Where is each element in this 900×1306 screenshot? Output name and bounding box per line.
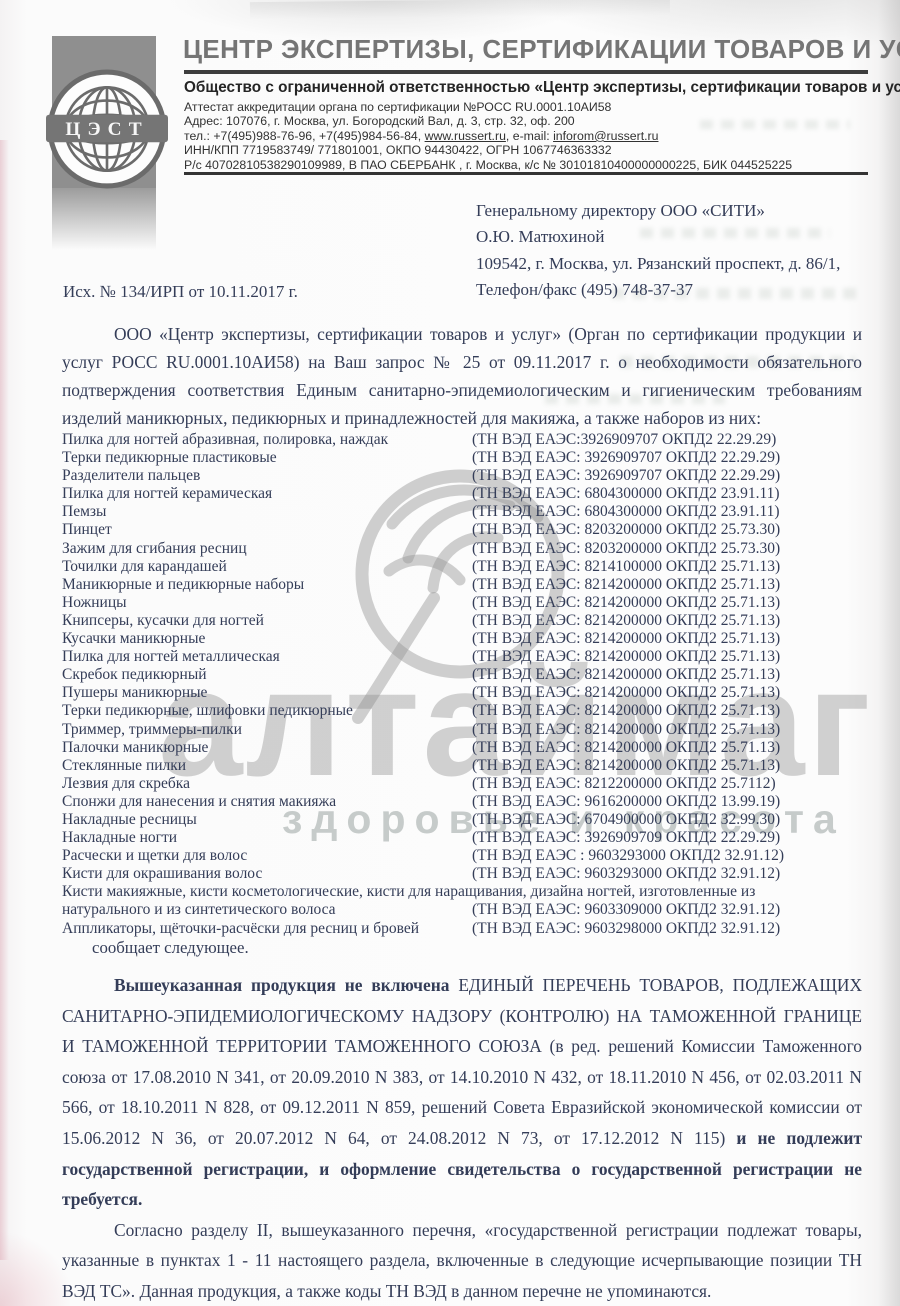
company-details: Аттестат аккредитации органа по сертифик… [184, 100, 884, 172]
product-tnved-code: (ТН ВЭД ЕАЭС:3926909707 ОКПД2 22.29.29) [472, 431, 868, 449]
product-tnved-code: (ТН ВЭД ЕАЭС: 9616200000 ОКПД2 13.99.19) [472, 793, 868, 811]
product-tnved-code: (ТН ВЭД ЕАЭС : 9603293000 ОКПД2 32.91.12… [472, 847, 868, 865]
bank-account-line: Р/с 40702810538290109989, В ПАО СБЕРБАНК… [184, 158, 884, 172]
product-row: Пилка для ногтей металлическая(ТН ВЭД ЕА… [62, 648, 868, 666]
product-row: натурального и из синтетического волоса(… [62, 901, 868, 919]
product-name: Аппликаторы, щёточки-расчёски для ресниц… [62, 920, 472, 938]
product-name: Зажим для сгибания ресниц [62, 540, 472, 558]
recipient-phone: Телефон/факс (495) 748-37-37 [476, 277, 840, 303]
product-name: Пинцет [62, 521, 472, 539]
product-tnved-code: (ТН ВЭД ЕАЭС: 8212200000 ОКПД2 25.7112) [472, 775, 868, 793]
product-row: Терки педикюрные пластиковые(ТН ВЭД ЕАЭС… [62, 449, 868, 467]
product-name: Ножницы [62, 594, 472, 612]
website-link: www.russert.ru [425, 129, 506, 143]
bold-text-segment: Вышеуказанная продукция не включена [114, 975, 458, 995]
product-tnved-code: (ТН ВЭД ЕАЭС: 8214200000 ОКПД2 25.71.13) [472, 576, 868, 594]
body-paragraphs: Вышеуказанная продукция не включена ЕДИН… [62, 970, 862, 1306]
product-row: Кисти для окрашивания волос(ТН ВЭД ЕАЭС:… [62, 865, 868, 883]
product-row: Лезвия для скребка(ТН ВЭД ЕАЭС: 82122000… [62, 775, 868, 793]
email-link: inforom@russert.ru [553, 129, 658, 143]
product-name: Маникюрные и педикюрные наборы [62, 576, 472, 594]
phone-numbers: тел.: +7(495)988-76-96, +7(495)984-56-84… [184, 129, 425, 143]
product-name: Кусачки маникюрные [62, 630, 472, 648]
product-row: Кусачки маникюрные(ТН ВЭД ЕАЭС: 82142000… [62, 630, 868, 648]
product-list: Пилка для ногтей абразивная, полировка, … [62, 431, 868, 938]
product-name: Книпсеры, кусачки для ногтей [62, 612, 472, 630]
product-row: Пушеры маникюрные(ТН ВЭД ЕАЭС: 821420000… [62, 684, 868, 702]
product-row: Терки педикюрные, шлифовки педикюрные(ТН… [62, 702, 868, 720]
recipient-block: Генеральному директору ООО «СИТИ» О.Ю. М… [476, 198, 840, 303]
product-row: Ножницы(ТН ВЭД ЕАЭС: 8214200000 ОКПД2 25… [62, 594, 868, 612]
product-name: Триммер, триммеры-пилки [62, 721, 472, 739]
product-name: Пилка для ногтей металлическая [62, 648, 472, 666]
product-tnved-code: (ТН ВЭД ЕАЭС: 3926909707 ОКПД2 22.29.29) [472, 449, 868, 467]
company-globe-logo: ЦЭСТ [46, 68, 168, 190]
address-line: Адрес: 107076, г. Москва, ул. Богородски… [184, 114, 884, 128]
company-full-name: Общество с ограниченной ответственностью… [184, 79, 884, 97]
accreditation-line: Аттестат аккредитации органа по сертифик… [184, 100, 884, 114]
product-name: Скребок педикюрный [62, 666, 472, 684]
recipient-position: Генеральному директору ООО «СИТИ» [476, 198, 840, 224]
product-name: натурального и из синтетического волоса [62, 901, 472, 919]
product-tnved-code: (ТН ВЭД ЕАЭС: 9603293000 ОКПД2 32.91.12) [472, 865, 868, 883]
product-row: Палочки маникюрные(ТН ВЭД ЕАЭС: 82142000… [62, 739, 868, 757]
body-paragraph: Согласно разделу II, вышеуказанного пере… [62, 1215, 862, 1306]
inn-line: ИНН/КПП 7719583749/ 771801001, ОКПО 9443… [184, 143, 884, 157]
product-name: Точилки для карандашей [62, 558, 472, 576]
product-row: Накладные ногти(ТН ВЭД ЕАЭС: 3926909709 … [62, 829, 868, 847]
product-name: Пилка для ногтей керамическая [62, 485, 472, 503]
product-name: Накладные ногти [62, 829, 472, 847]
product-tnved-code: (ТН ВЭД ЕАЭС: 8214200000 ОКПД2 25.71.13) [472, 739, 868, 757]
product-row: Маникюрные и педикюрные наборы(ТН ВЭД ЕА… [62, 576, 868, 594]
product-name: Пилка для ногтей абразивная, полировка, … [62, 431, 472, 449]
scanned-letter-page: алтаймаг здоровье и красота ЦЭСТ ЦЕНТР Э… [0, 0, 900, 1306]
product-tnved-code: (ТН ВЭД ЕАЭС: 6804300000 ОКПД2 23.91.11) [472, 485, 868, 503]
product-row: Аппликаторы, щёточки-расчёски для ресниц… [62, 920, 868, 938]
org-title: ЦЕНТР ЭКСПЕРТИЗЫ, СЕРТИФИКАЦИИ ТОВАРОВ И… [183, 34, 900, 65]
product-name: Терки педикюрные, шлифовки педикюрные [62, 702, 472, 720]
email-label: , e-mail: [506, 129, 553, 143]
product-row: Стеклянные пилки(ТН ВЭД ЕАЭС: 8214200000… [62, 757, 868, 775]
product-tnved-code: (ТН ВЭД ЕАЭС: 8214200000 ОКПД2 25.71.13) [472, 648, 868, 666]
header-rule-top [184, 70, 868, 74]
product-name: Лезвия для скребка [62, 775, 472, 793]
product-row: Пилка для ногтей керамическая(ТН ВЭД ЕАЭ… [62, 485, 868, 503]
intro-paragraph: ООО «Центр экспертизы, сертификации това… [62, 320, 862, 432]
logo-text: ЦЭСТ [65, 119, 148, 140]
product-tnved-code: (ТН ВЭД ЕАЭС: 8214200000 ОКПД2 25.71.13) [472, 721, 868, 739]
product-tnved-code: (ТН ВЭД ЕАЭС: 6704900000 ОКПД2 32.99.30) [472, 811, 868, 829]
product-tnved-code: (ТН ВЭД ЕАЭС: 8214200000 ОКПД2 25.71.13) [472, 702, 868, 720]
product-name: Палочки маникюрные [62, 739, 472, 757]
logo-bar-fade [52, 188, 156, 250]
closing-line: сообщает следующее. [92, 938, 249, 958]
product-tnved-code: (ТН ВЭД ЕАЭС: 3926909707 ОКПД2 22.29.29) [472, 467, 868, 485]
product-name: Разделители пальцев [62, 467, 472, 485]
product-row: Кисти макияжные, кисти косметологические… [62, 883, 868, 901]
product-tnved-code: (ТН ВЭД ЕАЭС: 6804300000 ОКПД2 23.91.11) [472, 503, 868, 521]
product-row: Зажим для сгибания ресниц(ТН ВЭД ЕАЭС: 8… [62, 540, 868, 558]
product-name: Спонжи для нанесения и снятия макияжа [62, 793, 472, 811]
product-row: Скребок педикюрный(ТН ВЭД ЕАЭС: 82142000… [62, 666, 868, 684]
product-tnved-code: (ТН ВЭД ЕАЭС: 8214200000 ОКПД2 25.71.13) [472, 684, 868, 702]
product-name: Пушеры маникюрные [62, 684, 472, 702]
product-tnved-code: (ТН ВЭД ЕАЭС: 8214200000 ОКПД2 25.71.13) [472, 757, 868, 775]
product-tnved-code: (ТН ВЭД ЕАЭС: 8214200000 ОКПД2 25.71.13) [472, 630, 868, 648]
product-name: Накладные ресницы [62, 811, 472, 829]
product-row: Книпсеры, кусачки для ногтей(ТН ВЭД ЕАЭС… [62, 612, 868, 630]
product-name: Терки педикюрные пластиковые [62, 449, 472, 467]
product-name: Пемзы [62, 503, 472, 521]
text-segment: Согласно разделу II, вышеуказанного пере… [62, 1220, 862, 1301]
product-row: Пемзы(ТН ВЭД ЕАЭС: 6804300000 ОКПД2 23.9… [62, 503, 868, 521]
product-row: Точилки для карандашей(ТН ВЭД ЕАЭС: 8214… [62, 558, 868, 576]
product-row: Разделители пальцев(ТН ВЭД ЕАЭС: 3926909… [62, 467, 868, 485]
body-paragraph: Вышеуказанная продукция не включена ЕДИН… [62, 970, 862, 1215]
product-tnved-code: (ТН ВЭД ЕАЭС: 3926909709 ОКПД2 22.29.29) [472, 829, 868, 847]
header-rule-bottom [184, 172, 868, 175]
product-row: Пинцет(ТН ВЭД ЕАЭС: 8203200000 ОКПД2 25.… [62, 521, 868, 539]
product-row: Спонжи для нанесения и снятия макияжа(ТН… [62, 793, 868, 811]
product-tnved-code: (ТН ВЭД ЕАЭС: 8214200000 ОКПД2 25.71.13) [472, 612, 868, 630]
product-tnved-code: (ТН ВЭД ЕАЭС: 8203200000 ОКПД2 25.73.30) [472, 540, 868, 558]
product-name: Кисти макияжные, кисти косметологические… [62, 883, 755, 900]
recipient-address: 109542, г. Москва, ул. Рязанский проспек… [476, 251, 840, 277]
contacts-line: тел.: +7(495)988-76-96, +7(495)984-56-84… [184, 129, 884, 143]
product-tnved-code: (ТН ВЭД ЕАЭС: 8214200000 ОКПД2 25.71.13) [472, 594, 868, 612]
product-name: Стеклянные пилки [62, 757, 472, 775]
product-row: Накладные ресницы(ТН ВЭД ЕАЭС: 670490000… [62, 811, 868, 829]
product-row: Пилка для ногтей абразивная, полировка, … [62, 431, 868, 449]
product-tnved-code: (ТН ВЭД ЕАЭС: 8203200000 ОКПД2 25.73.30) [472, 521, 868, 539]
product-row: Расчески и щетки для волос(ТН ВЭД ЕАЭС :… [62, 847, 868, 865]
product-tnved-code: (ТН ВЭД ЕАЭС: 9603298000 ОКПД2 32.91.12) [472, 920, 868, 938]
product-tnved-code: (ТН ВЭД ЕАЭС: 8214100000 ОКПД2 25.71.13) [472, 558, 868, 576]
outgoing-ref-number: Исх. № 134/ИРП от 10.11.2017 г. [63, 282, 298, 302]
letter-content: ЦЭСТ ЦЕНТР ЭКСПЕРТИЗЫ, СЕРТИФИКАЦИИ ТОВА… [0, 0, 900, 1306]
product-tnved-code: (ТН ВЭД ЕАЭС: 8214200000 ОКПД2 25.71.13) [472, 666, 868, 684]
product-tnved-code: (ТН ВЭД ЕАЭС: 9603309000 ОКПД2 32.91.12) [472, 901, 868, 919]
recipient-name: О.Ю. Матюхиной [476, 224, 840, 250]
product-name: Расчески и щетки для волос [62, 847, 472, 865]
product-name: Кисти для окрашивания волос [62, 865, 472, 883]
product-row: Триммер, триммеры-пилки(ТН ВЭД ЕАЭС: 821… [62, 721, 868, 739]
